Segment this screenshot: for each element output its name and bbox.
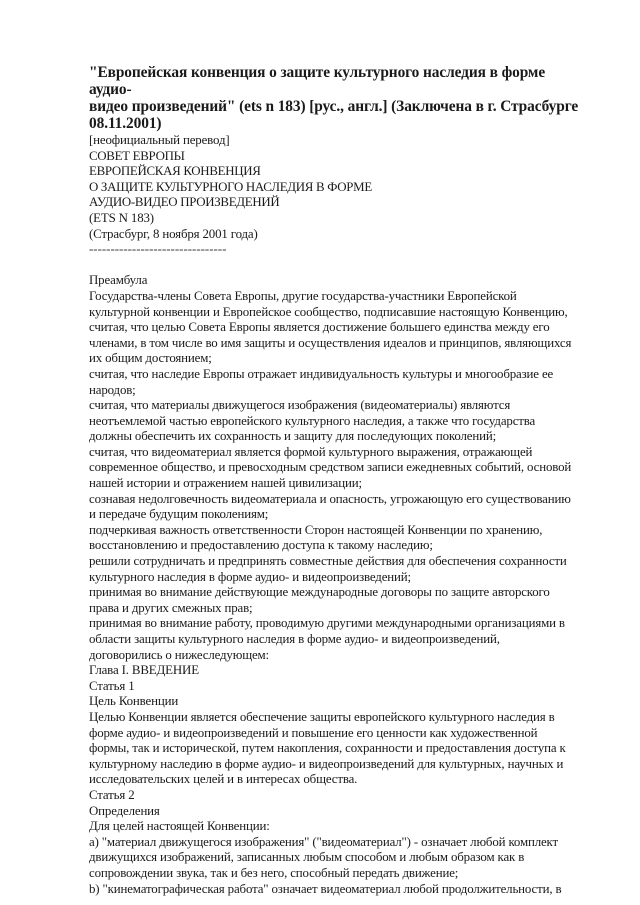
text-line: права и других смежных прав; (89, 601, 589, 617)
text-line: их общим достоянием; (89, 351, 589, 367)
place-date: (Страсбург, 8 ноября 2001 года) (89, 227, 589, 243)
chapter-heading: Глава I. ВВЕДЕНИЕ (89, 663, 589, 679)
text-line: считая, что целью Совета Европы является… (89, 320, 589, 336)
article-2: Статья 2 Определения Для целей настоящей… (89, 788, 589, 897)
text-line: считая, что видеоматериал является формо… (89, 445, 589, 461)
text-line: договорились о нижеследующем: (89, 648, 589, 664)
article-number: Статья 2 (89, 788, 589, 804)
text-line: формы, так и исторической, путем накопле… (89, 741, 589, 757)
text-line: современное общество, и превосходным сре… (89, 460, 589, 476)
text-line: культурной конвенции и Европейское сообщ… (89, 305, 589, 321)
article-heading: Цель Конвенции (89, 694, 589, 710)
text-line: области защиты культурного наследия в фо… (89, 632, 589, 648)
title-line: видео произведений" (ets n 183) [рус., а… (89, 98, 589, 115)
convention-title-line: ЕВРОПЕЙСКАЯ КОНВЕНЦИЯ (89, 164, 589, 180)
spacer (89, 258, 589, 274)
translation-note: [неофициальный перевод] (89, 133, 589, 149)
article-body: Для целей настоящей Конвенции:a) "матери… (89, 819, 589, 897)
text-line: a) "материал движущегося изображения" ("… (89, 835, 589, 851)
preamble-section: Преамбула Государства-члены Совета Европ… (89, 273, 589, 663)
text-line: b) "кинематографическая работа" означает… (89, 882, 589, 898)
text-line: подчеркивая важность ответственности Сто… (89, 523, 589, 539)
title-line: "Европейская конвенция о защите культурн… (89, 64, 589, 98)
text-line: культурного наследия в форме аудио- и ви… (89, 570, 589, 586)
article-number: Статья 1 (89, 679, 589, 695)
text-line: членами, в том числе во имя защиты и осу… (89, 336, 589, 352)
text-line: исследовательских целей и в интересах об… (89, 772, 589, 788)
convention-title-line: АУДИО-ВИДЕО ПРОИЗВЕДЕНИЙ (89, 195, 589, 211)
text-line: решили сотрудничать и предпринять совмес… (89, 554, 589, 570)
text-line: принимая во внимание действующие междуна… (89, 585, 589, 601)
text-line: считая, что материалы движущегося изобра… (89, 398, 589, 414)
text-line: считая, что наследие Европы отражает инд… (89, 367, 589, 383)
document-title: "Европейская конвенция о защите культурн… (89, 64, 589, 132)
text-line: движущихся изображений, записанных любым… (89, 850, 589, 866)
article-1: Статья 1 Цель Конвенции Целью Конвенции … (89, 679, 589, 788)
text-line: восстановлению и предоставлению доступа … (89, 538, 589, 554)
text-line: форме аудио- и видеопроизведений и повыш… (89, 726, 589, 742)
text-line: нашей истории и отражением нашей цивилиз… (89, 476, 589, 492)
organization-name: СОВЕТ ЕВРОПЫ (89, 149, 589, 165)
text-line: и передаче будущим поколениям; (89, 507, 589, 523)
preamble-body: Государства-члены Совета Европы, другие … (89, 289, 589, 663)
separator-line: -------------------------------- (89, 242, 589, 258)
document-page: "Европейская конвенция о защите культурн… (89, 64, 589, 897)
text-line: Для целей настоящей Конвенции: (89, 819, 589, 835)
convention-title-line: О ЗАЩИТЕ КУЛЬТУРНОГО НАСЛЕДИЯ В ФОРМЕ (89, 180, 589, 196)
text-line: сознавая недолговечность видеоматериала … (89, 492, 589, 508)
document-header: [неофициальный перевод] СОВЕТ ЕВРОПЫ ЕВР… (89, 133, 589, 258)
ets-number: (ETS N 183) (89, 211, 589, 227)
text-line: должны обеспечить их сохранность и защит… (89, 429, 589, 445)
title-line: 08.11.2001) (89, 115, 589, 132)
article-body: Целью Конвенции является обеспечение защ… (89, 710, 589, 788)
text-line: народов; (89, 383, 589, 399)
preamble-heading: Преамбула (89, 273, 589, 289)
text-line: принимая во внимание работу, проводимую … (89, 616, 589, 632)
chapter-1: Глава I. ВВЕДЕНИЕ (89, 663, 589, 679)
text-line: культурному наследию в форме аудио- и ви… (89, 757, 589, 773)
text-line: Целью Конвенции является обеспечение защ… (89, 710, 589, 726)
text-line: Государства-члены Совета Европы, другие … (89, 289, 589, 305)
text-line: сопровождении звука, так и без него, спо… (89, 866, 589, 882)
text-line: неотъемлемой частью европейского культур… (89, 414, 589, 430)
article-heading: Определения (89, 804, 589, 820)
